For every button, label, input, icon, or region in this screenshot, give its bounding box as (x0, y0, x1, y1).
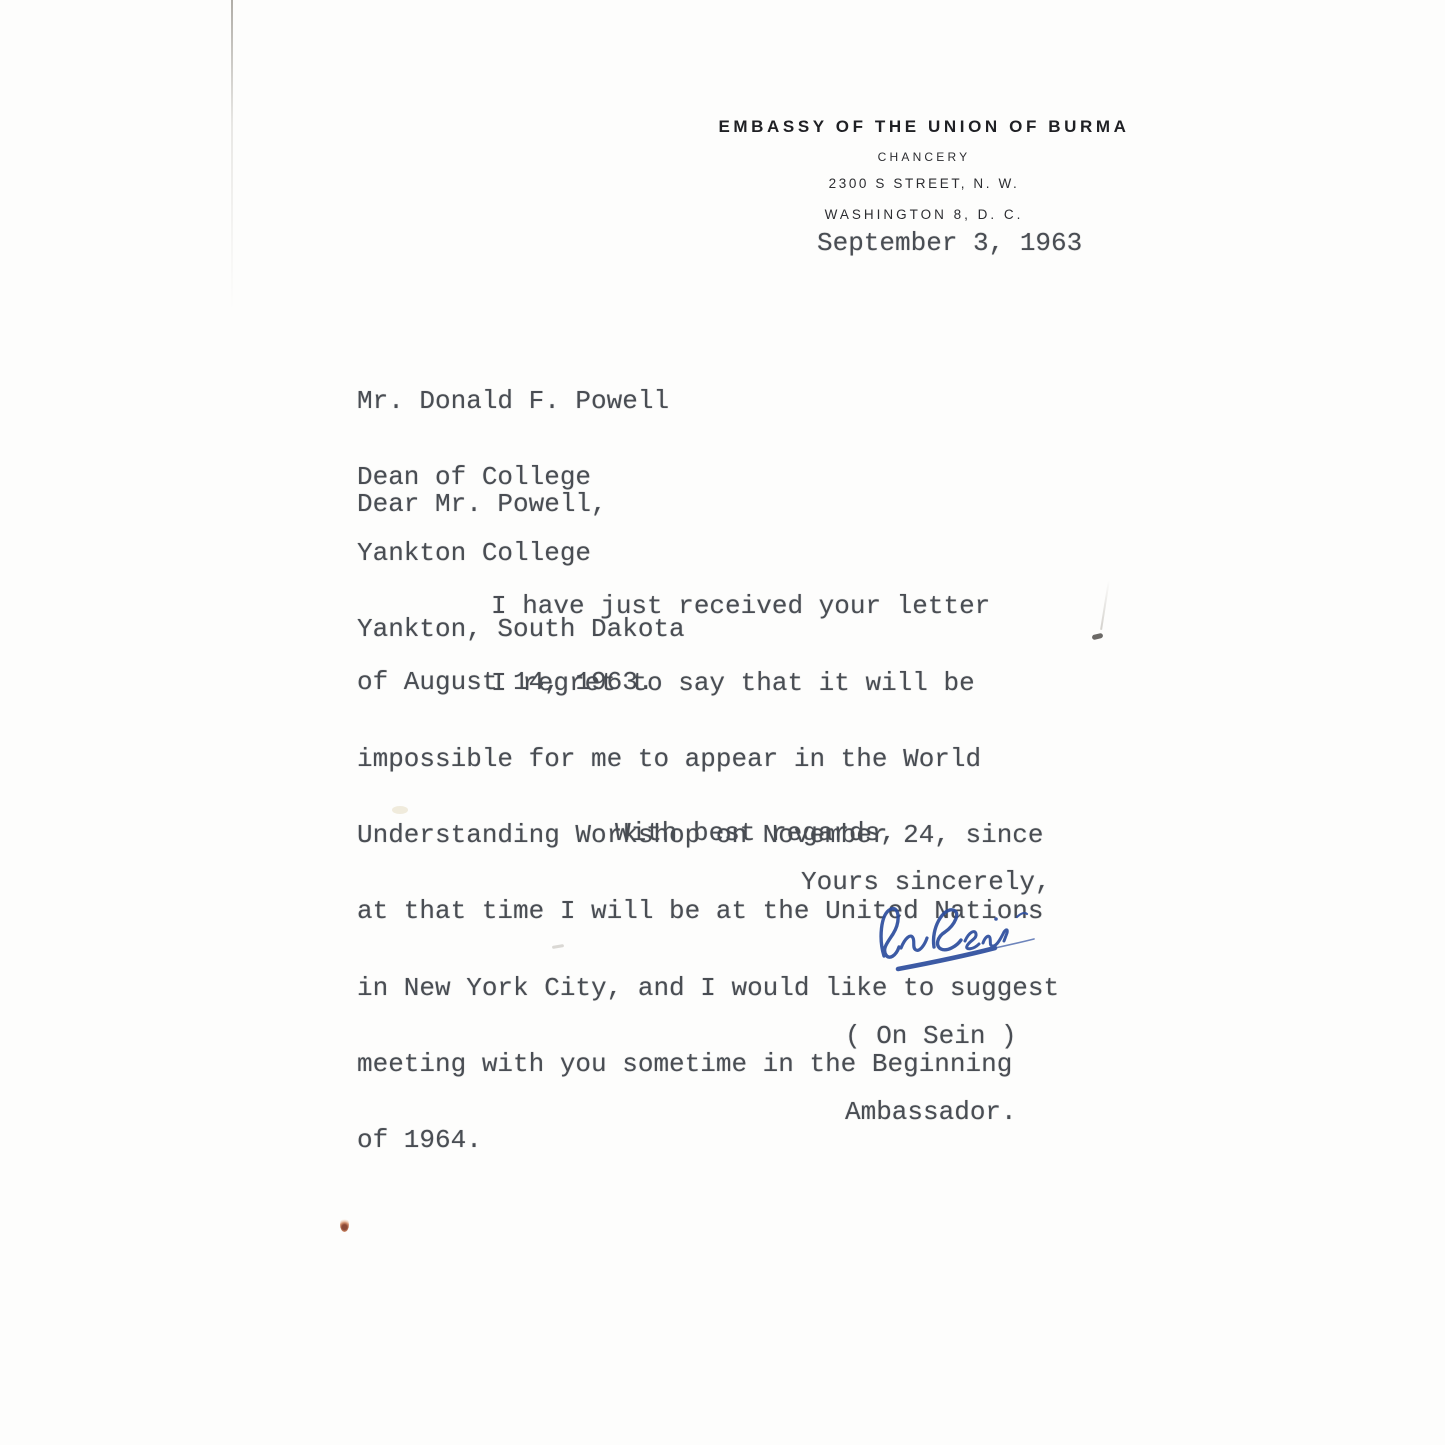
signature-stroke (934, 910, 961, 950)
red-stain-dot (340, 1217, 349, 1232)
signature-flourish (1017, 913, 1027, 917)
handwritten-signature (868, 896, 1043, 980)
body-line: I regret to say that it will be (357, 671, 1059, 696)
signature-stroke (881, 909, 899, 958)
valediction: Yours sincerely, (801, 870, 1051, 895)
closing-regards: With best regards, (615, 821, 896, 846)
embassy-name: EMBASSY OF THE UNION OF BURMA (718, 117, 1129, 137)
signer-block: ( On Sein ) Ambassador. (845, 973, 1017, 1176)
signature-stroke (965, 932, 979, 949)
signature-stroke (983, 930, 1007, 946)
signer-name: ( On Sein ) (845, 1024, 1017, 1049)
body-line: I have just received your letter (357, 594, 990, 619)
ink-speck (1092, 633, 1104, 641)
paper-crease-top (231, 0, 233, 310)
paper-crease-right (1100, 580, 1109, 630)
body-line: impossible for me to appear in the World (357, 747, 1059, 772)
signature-stroke (901, 936, 927, 950)
street-address: 2300 S STREET, N. W. (829, 176, 1020, 191)
signature-i-dot (994, 917, 998, 921)
signer-title: Ambassador. (845, 1100, 1017, 1125)
recipient-name: Mr. Donald F. Powell (357, 389, 685, 414)
recipient-title: Dean of College (357, 465, 685, 490)
letter-date: September 3, 1963 (817, 231, 1082, 256)
letter-page: EMBASSY OF THE UNION OF BURMA CHANCERY 2… (0, 0, 1445, 1445)
city-address: WASHINGTON 8, D. C. (825, 207, 1024, 222)
salutation: Dear Mr. Powell, (357, 492, 607, 517)
chancery-line: CHANCERY (878, 150, 971, 164)
